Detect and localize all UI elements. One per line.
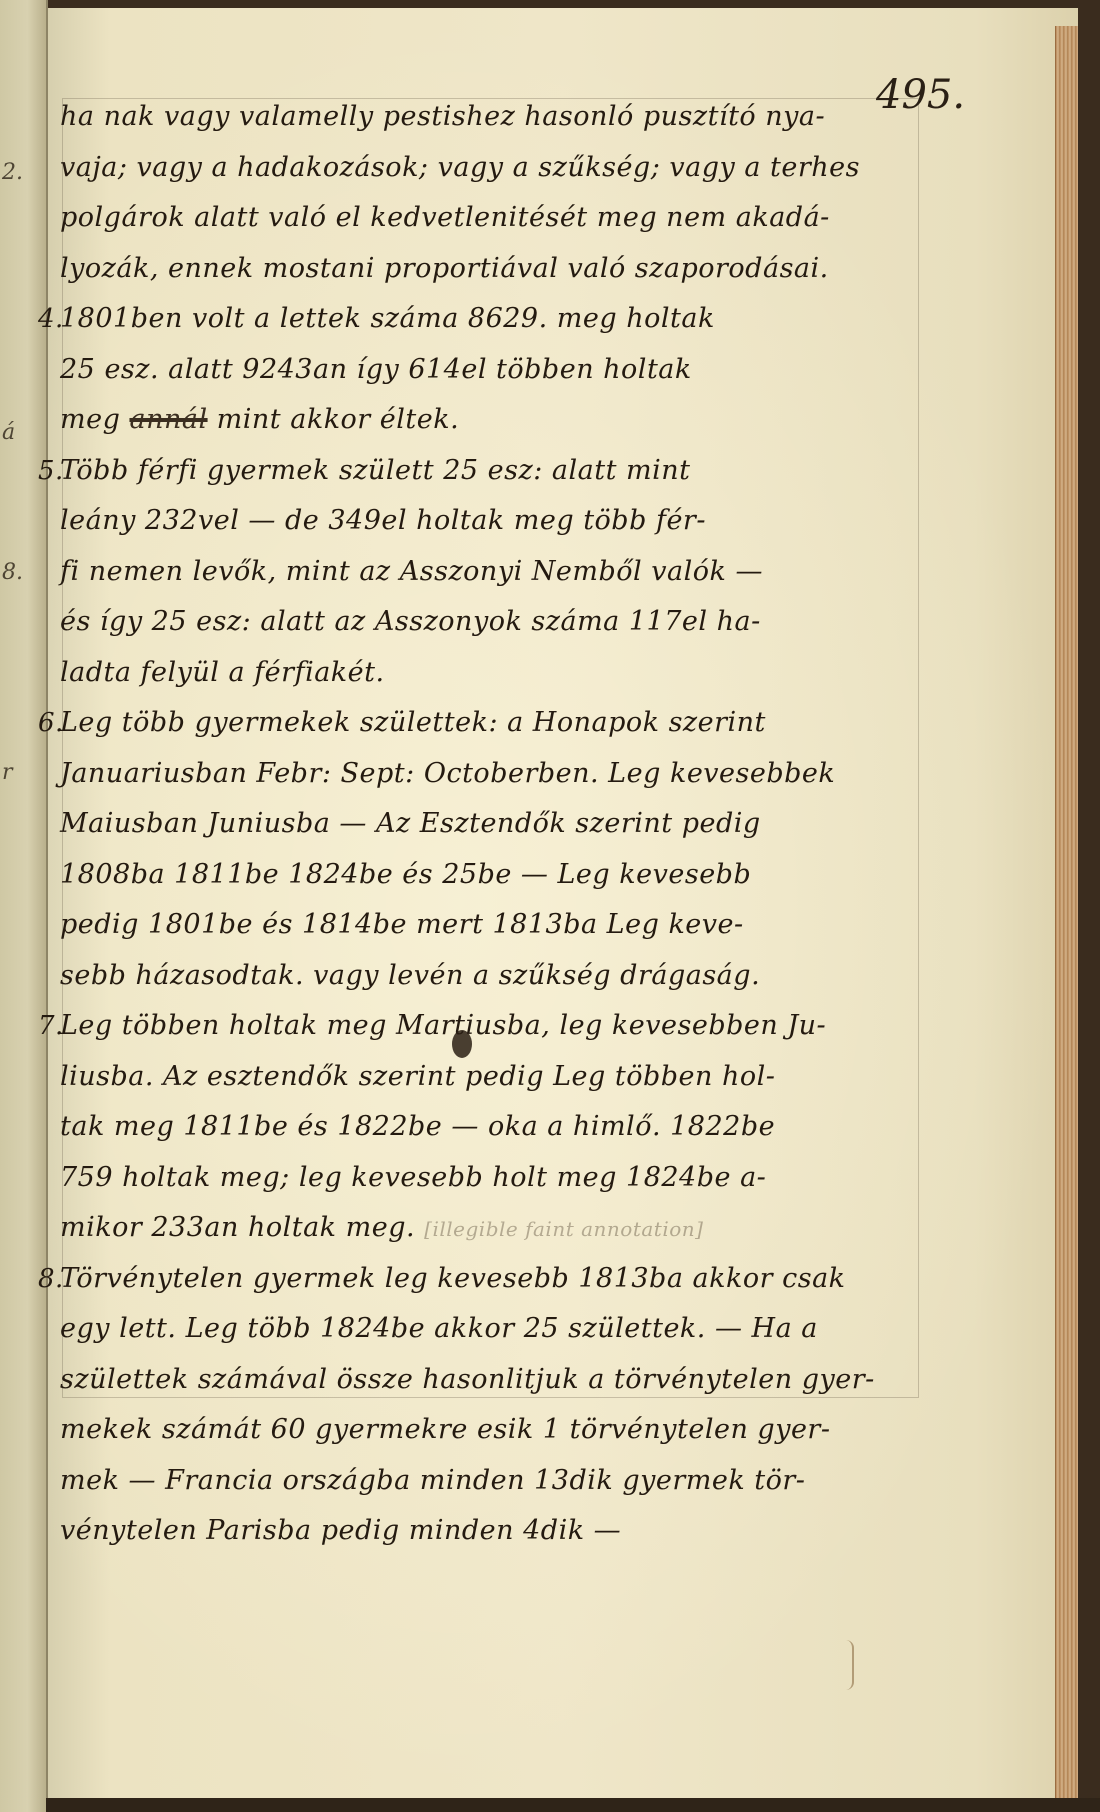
text-line: Maiusban Juniusba — Az Esztendők szerint… xyxy=(60,799,940,850)
pencil-mark xyxy=(846,1640,854,1690)
facing-page-mark: r xyxy=(2,760,42,785)
text-line: mek — Francia országba minden 13dik gyer… xyxy=(60,1456,940,1507)
text-line: tak meg 1811be és 1822be — oka a himlő. … xyxy=(60,1102,940,1153)
item-number: 5. xyxy=(38,446,64,496)
text-line: ladta felyül a férfiakét. xyxy=(60,648,940,699)
facing-page-mark: á xyxy=(2,420,42,445)
text-line: lyozák, ennek mostani proportiával való … xyxy=(60,244,940,295)
item-number: 8. xyxy=(38,1254,64,1304)
manuscript-text: ha nak vagy valamelly pestishez hasonló … xyxy=(60,92,940,1557)
item-number: 4. xyxy=(38,294,64,344)
struck-out-word: annál xyxy=(129,404,207,435)
facing-page-mark: 2. xyxy=(2,160,42,185)
text-line: 1808ba 1811be 1824be és 25be — Leg keves… xyxy=(60,850,940,901)
item-number: 6. xyxy=(38,698,64,748)
text-line: mekek számát 60 gyermekre esik 1 törvény… xyxy=(60,1405,940,1456)
text-line: fi nemen levők, mint az Asszonyi Nemből … xyxy=(60,547,940,598)
item-number: 7. xyxy=(38,1001,64,1051)
text-line: Januariusban Febr: Sept: Octoberben. Leg… xyxy=(60,749,940,800)
facing-page-edge: 2. á 8. r xyxy=(0,0,48,1812)
facing-page-mark: 8. xyxy=(2,560,42,585)
text-line: 759 holtak meg; leg kevesebb holt meg 18… xyxy=(60,1153,940,1204)
text-line: és így 25 esz: alatt az Asszonyok száma … xyxy=(60,597,940,648)
page-stack-edge xyxy=(1055,26,1078,1806)
text-line: meg annál mint akkor éltek. xyxy=(60,395,940,446)
text-line: liusba. Az esztendők szerint pedig Leg t… xyxy=(60,1052,940,1103)
text-line: mikor 233an holtak meg. [illegible faint… xyxy=(60,1203,940,1254)
text-line: születtek számával össze hasonlitjuk a t… xyxy=(60,1355,940,1406)
text-line: egy lett. Leg több 1824be akkor 25 szüle… xyxy=(60,1304,940,1355)
item-5-line: 5.Több férfi gyermek születt 25 esz: ala… xyxy=(60,446,940,497)
text-line: pedig 1801be és 1814be mert 1813ba Leg k… xyxy=(60,900,940,951)
item-7-line: 7.Leg többen holtak meg Martiusba, leg k… xyxy=(60,1001,940,1052)
text-line: 25 esz. alatt 9243an így 614el többen ho… xyxy=(60,345,940,396)
book-bottom-edge xyxy=(46,1798,1100,1812)
text-line: leány 232vel — de 349el holtak meg több … xyxy=(60,496,940,547)
item-6-line: 6.Leg több gyermekek születtek: a Honapo… xyxy=(60,698,940,749)
faint-annotation: [illegible faint annotation] xyxy=(424,1217,703,1241)
text-line: sebb házasodtak. vagy levén a szűkség dr… xyxy=(60,951,940,1002)
item-4-line: 4.1801ben volt a lettek száma 8629. meg … xyxy=(60,294,940,345)
ink-blot xyxy=(452,1030,472,1058)
text-line: polgárok alatt való el kedvetlenitését m… xyxy=(60,193,940,244)
item-8-line: 8.Törvénytelen gyermek leg kevesebb 1813… xyxy=(60,1254,940,1305)
text-line: vaja; vagy a hadakozások; vagy a szűkség… xyxy=(60,143,940,194)
text-line: vénytelen Parisba pedig minden 4dik — xyxy=(60,1506,940,1557)
text-line: ha nak vagy valamelly pestishez hasonló … xyxy=(60,92,940,143)
